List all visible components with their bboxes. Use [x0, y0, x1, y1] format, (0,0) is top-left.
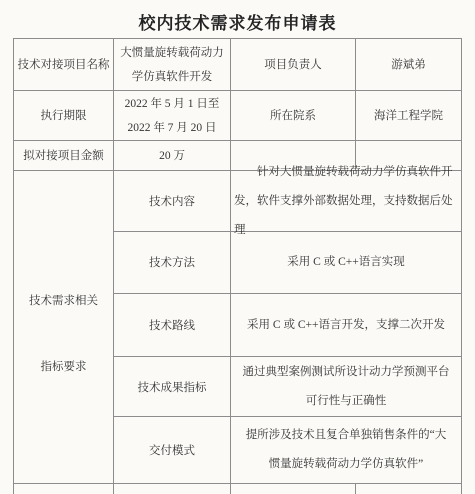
project-name-label: 技术对接项目名称 — [14, 39, 114, 90]
subrow-tech-outcome-indicator: 技术成果指标 通过典型案例测试所设计动力学预测平台 可行性与正确性 — [114, 357, 461, 417]
tech-requirement-section: 技术需求相关 指标要求 技术内容 针对大惯量旋转载荷动力学仿真软件开 发，软件支… — [14, 171, 461, 484]
subrow-tech-route: 技术路线 采用 C 或 C++语言开发，支撑二次开发 — [114, 294, 461, 358]
subrow-tech-content: 技术内容 针对大惯量旋转载荷动力学仿真软件开 发，软件支撑外部数据处理，支持数据… — [114, 171, 461, 232]
section-label-line1: 技术需求相关 — [29, 292, 98, 308]
tech-requirement-subrows: 技术内容 针对大惯量旋转载荷动力学仿真软件开 发，软件支撑外部数据处理，支持数据… — [114, 171, 461, 483]
project-amount-label: 拟对接项目金额 — [14, 141, 114, 170]
tech-requirement-section-label: 技术需求相关 指标要求 — [14, 171, 114, 483]
empty-cell — [356, 484, 461, 494]
execution-period-value: 2022 年 5 月 1 日至 2022 年 7 月 20 日 — [114, 91, 231, 140]
project-amount-value: 20 万 — [114, 141, 231, 170]
project-name-value: 大惯量旋转载荷动力 学仿真软件开发 — [114, 39, 231, 90]
tech-method-value: 采用 C 或 C++语言实现 — [231, 232, 461, 293]
empty-cell — [14, 484, 114, 494]
delivery-mode-value: 提所涉及技术且复合单独销售条件的“大 惯量旋转载荷动力学仿真软件” — [231, 417, 461, 483]
project-leader-value: 游斌弟 — [356, 39, 461, 90]
application-form-table: 技术对接项目名称 大惯量旋转载荷动力 学仿真软件开发 项目负责人 游斌弟 执行期… — [13, 38, 462, 494]
tech-route-value: 采用 C 或 C++语言开发，支撑二次开发 — [231, 294, 461, 357]
page-title: 校内技术需求发布申请表 — [0, 0, 475, 34]
tech-method-label: 技术方法 — [114, 232, 231, 293]
execution-period-label: 执行期限 — [14, 91, 114, 140]
project-leader-label: 项目负责人 — [231, 39, 356, 90]
table-row-partial-cutoff — [14, 484, 461, 494]
tech-content-value: 针对大惯量旋转载荷动力学仿真软件开 发，软件支撑外部数据处理，支持数据后处理 — [231, 171, 461, 231]
department-value: 海洋工程学院 — [356, 91, 461, 140]
subrow-delivery-mode: 交付模式 提所涉及技术且复合单独销售条件的“大 惯量旋转载荷动力学仿真软件” — [114, 417, 461, 483]
empty-cell — [114, 484, 231, 494]
tech-route-label: 技术路线 — [114, 294, 231, 357]
tech-outcome-indicator-value: 通过典型案例测试所设计动力学预测平台 可行性与正确性 — [231, 357, 461, 416]
tech-content-label: 技术内容 — [114, 171, 231, 231]
delivery-mode-label: 交付模式 — [114, 417, 231, 483]
empty-cell — [231, 484, 356, 494]
subrow-tech-method: 技术方法 采用 C 或 C++语言实现 — [114, 232, 461, 294]
section-label-line2: 指标要求 — [41, 358, 87, 374]
table-row-project-name: 技术对接项目名称 大惯量旋转载荷动力 学仿真软件开发 项目负责人 游斌弟 — [14, 39, 461, 91]
table-row-execution-period: 执行期限 2022 年 5 月 1 日至 2022 年 7 月 20 日 所在院… — [14, 91, 461, 141]
scanned-form-page: 校内技术需求发布申请表 技术对接项目名称 大惯量旋转载荷动力 学仿真软件开发 项… — [0, 0, 475, 494]
department-label: 所在院系 — [231, 91, 356, 140]
tech-outcome-indicator-label: 技术成果指标 — [114, 357, 231, 416]
